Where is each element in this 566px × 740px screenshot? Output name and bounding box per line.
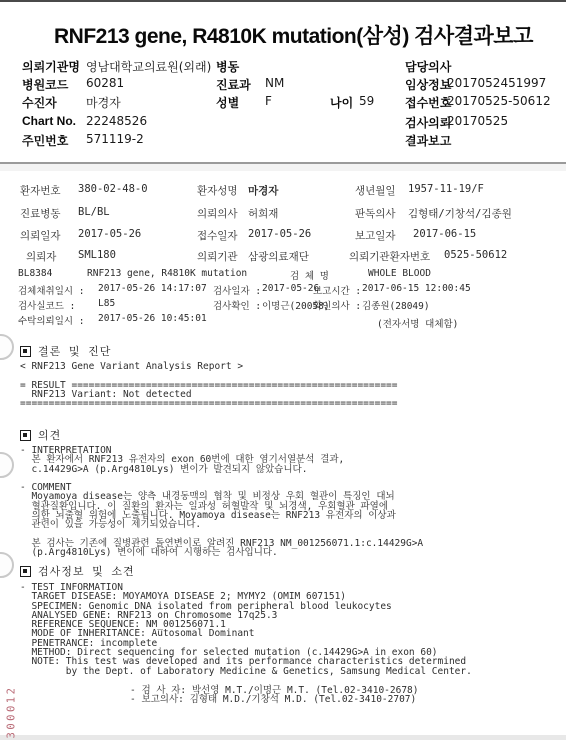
referring-doctor-label: 의뢰의사	[197, 206, 238, 221]
receipt-no-label: 접수번호	[405, 94, 451, 111]
opinion-section-header: 의견	[20, 427, 61, 443]
patient-name-label: 환자성명	[197, 183, 238, 198]
section-square-icon	[20, 346, 31, 357]
confirm-doctor-label: 확인의사 :	[313, 298, 361, 312]
hospital-code-value: 60281	[86, 76, 124, 90]
sex-value: F	[265, 94, 272, 108]
test-info-section-title: 검사정보 및 소견	[38, 563, 135, 579]
report-date-label: 보고일자	[355, 228, 396, 243]
receipt-date-label: 접수일자	[197, 228, 238, 243]
requester-label: 의뢰자	[26, 249, 56, 264]
clinical-info-label: 임상정보	[405, 76, 451, 93]
header-separator-band	[0, 164, 566, 171]
org-label: 의뢰기관명	[22, 58, 80, 75]
collected-label: 검체채취일시 :	[18, 283, 85, 297]
report-date-value: 2017-06-15	[413, 228, 476, 240]
ward-row-value: BL/BL	[78, 206, 110, 218]
punch-hole	[0, 552, 14, 578]
top-edge-line	[0, 0, 566, 2]
section-square-icon-inner	[23, 349, 27, 353]
age-label: 나이	[330, 94, 353, 111]
receipt-no-value: 20170525-50612	[447, 94, 551, 108]
resident-no-label: 주민번호	[22, 132, 68, 149]
specimen-value: WHOLE BLOOD	[368, 268, 431, 279]
doctor-in-charge-label: 담당의사	[405, 58, 451, 75]
org-value: 영남대학교의료원(외래)	[86, 58, 211, 75]
entrust-datetime-value: 2017-05-26 10:45:01	[98, 313, 207, 324]
opinion-section-title: 의견	[38, 427, 61, 443]
lab-code-value: L85	[98, 298, 115, 309]
test-info-section-header: 검사정보 및 소견	[20, 563, 135, 579]
section-square-icon	[20, 430, 31, 441]
birth-date-value: 1957-11-19/F	[408, 183, 484, 195]
birth-date-label: 생년월일	[355, 183, 396, 198]
test-date-value: 2017-05-26	[262, 283, 319, 294]
confirm-doctor-value: 김종원(28049)	[362, 298, 430, 312]
receipt-date-value: 2017-05-26	[248, 228, 311, 240]
patient-no-value: 380-02-48-0	[78, 183, 148, 195]
conclusion-section-header: 결론 및 진단	[20, 343, 111, 359]
conclusion-section-title: 결론 및 진단	[38, 343, 111, 359]
opinion-body: - INTERPRETATION 본 환자에서 RNF213 유전자의 exon…	[20, 446, 423, 558]
bottom-edge-band	[0, 735, 566, 740]
chart-no-value: 22248526	[86, 114, 147, 128]
examinee-label: 수진자	[22, 94, 57, 111]
test-confirm-label: 검사확인 :	[213, 298, 261, 312]
entrust-datetime-label: 수탁의뢰일시 :	[18, 313, 85, 327]
request-date-label: 의뢰일자	[20, 228, 61, 243]
order-date-label: 검사의뢰	[405, 114, 451, 131]
referring-doctor-value: 허희재	[248, 206, 278, 221]
department-value: NM	[265, 76, 284, 90]
department-label: 진료과	[216, 76, 251, 93]
referring-org-label: 의뢰기관	[197, 249, 238, 264]
result-report-label: 결과보고	[405, 132, 451, 149]
resident-no-value: 571119-2	[86, 132, 144, 146]
ward-label: 병동	[216, 58, 239, 75]
referring-org-value: 삼광의료재단	[248, 249, 309, 264]
org-patient-no-value: 0525-50612	[444, 249, 507, 261]
org-patient-no-label: 의뢰기관환자번호	[349, 249, 430, 264]
punch-hole	[0, 452, 14, 478]
test-name: RNF213 gene, R4810K mutation	[87, 268, 247, 279]
page-title: RNF213 gene, R4810K mutation(삼성) 검사결과보고	[54, 20, 533, 50]
patient-name-value: 마경자	[248, 183, 278, 198]
specimen-label: 검 체 명	[290, 268, 329, 282]
conclusion-body: < RNF213 Gene Variant Analysis Report > …	[20, 362, 398, 408]
section-square-icon-inner	[23, 569, 27, 573]
report-time-value: 2017-06-15 12:00:45	[362, 283, 471, 294]
lab-code-label: 검사실코드 :	[18, 298, 75, 312]
collected-value: 2017-05-26 14:17:07	[98, 283, 207, 294]
footer-signers: - 검 사 자: 박선영 M.T./이명근 M.T. (Tel.02-3410-…	[130, 686, 419, 705]
reading-doctor-value: 김형태/기창석/김종원	[408, 206, 512, 221]
ward-row-label: 진료병동	[20, 206, 61, 221]
clinical-info-value: 2017052451997	[447, 76, 546, 90]
request-date-value: 2017-05-26	[78, 228, 141, 240]
lab-report-page: RNF213 gene, R4810K mutation(삼성) 검사결과보고 …	[0, 0, 566, 740]
reading-doctor-label: 판독의사	[355, 206, 396, 221]
section-square-icon-inner	[23, 433, 27, 437]
specimen-code: BL8384	[18, 268, 52, 279]
requester-value: SML180	[78, 249, 116, 261]
report-time-label: 보고시간 :	[313, 283, 361, 297]
sex-label: 성별	[216, 94, 239, 111]
patient-no-label: 환자번호	[20, 183, 61, 198]
examinee-value: 마경자	[86, 94, 121, 111]
side-document-code: 300012	[6, 679, 19, 739]
hospital-code-label: 병원코드	[22, 76, 68, 93]
section-square-icon	[20, 566, 31, 577]
order-date-value: 20170525	[447, 114, 508, 128]
punch-hole	[0, 334, 14, 360]
chart-no-label: Chart No.	[22, 114, 76, 128]
signature-note: (전자서명 대체함)	[377, 316, 458, 330]
test-info-body: - TEST INFORMATION TARGET DISEASE: MOYAM…	[20, 583, 472, 676]
test-date-label: 검사일자 :	[213, 283, 261, 297]
age-value: 59	[359, 94, 374, 108]
